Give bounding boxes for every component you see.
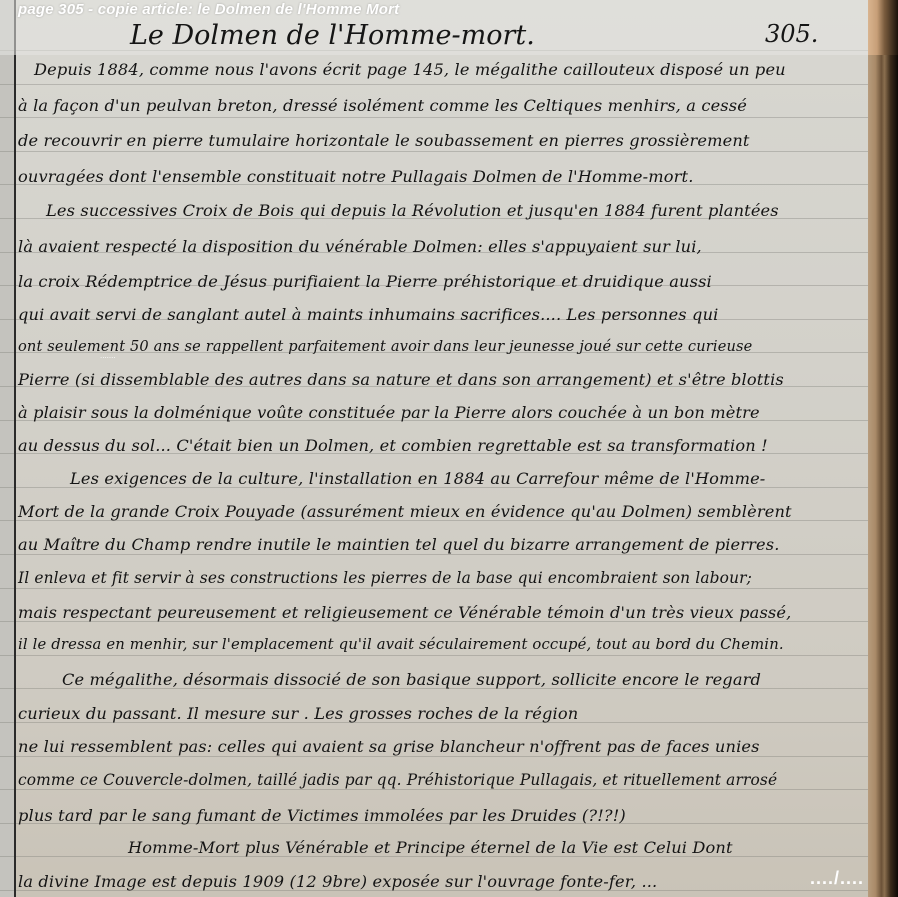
text-line: Les successives Croix de Bois qui depuis… [46, 201, 868, 220]
text-line: Ce mégalithe, désormais dissocié de son … [62, 670, 868, 689]
ruled-line [0, 117, 868, 118]
book-binding-top [868, 0, 898, 55]
ruled-line [0, 151, 868, 152]
page-title: Le Dolmen de l'Homme-mort. [130, 20, 535, 51]
text-line: de recouvrir en pierre tumulaire horizon… [18, 131, 863, 150]
text-line: qui avait servi de sanglant autel à main… [18, 305, 863, 324]
text-line: plus tard par le sang fumant de Victimes… [18, 806, 863, 825]
text-line: ne lui ressemblent pas: celles qui avaie… [18, 737, 863, 756]
page-left-edge [0, 0, 14, 897]
book-binding-edge [868, 0, 898, 897]
text-line: curieux du passant. Il mesure sur . Les … [18, 704, 863, 723]
ruled-line [0, 789, 868, 790]
text-line: Homme-Mort plus Vénérable et Principe ét… [128, 838, 863, 857]
text-line: ont seulement 50 ans se rappellent parfa… [18, 338, 863, 355]
text-line: la divine Image est depuis 1909 (12 9bre… [18, 872, 863, 891]
text-line: il le dressa en menhir, sur l'emplacemen… [18, 636, 863, 653]
text-line: Pierre (si dissemblable des autres dans … [18, 370, 863, 389]
text-line: Mort de la grande Croix Pouyade (assurém… [18, 502, 863, 521]
page-number: 305. [765, 20, 818, 48]
text-line: Depuis 1884, comme nous l'avons écrit pa… [34, 60, 868, 79]
ruled-line [0, 655, 868, 656]
text-line: au dessus du sol... C'était bien un Dolm… [18, 436, 863, 455]
text-line: la croix Rédemptrice de Jésus purifiaien… [18, 272, 863, 291]
margin-line [14, 0, 16, 897]
text-line: à plaisir sous la dolménique voûte const… [18, 403, 863, 422]
text-line: Les exigences de la culture, l'installat… [70, 469, 860, 488]
image-caption: page 305 - copie article: le Dolmen de l… [18, 1, 399, 18]
text-line: Il enleva et fit servir à ses constructi… [18, 569, 863, 587]
text-line: au Maître du Champ rendre inutile le mai… [18, 535, 863, 554]
text-line: comme ce Couvercle-dolmen, taillé jadis … [18, 771, 863, 789]
ruled-line [0, 554, 868, 555]
notebook-page: page 305 - copie article: le Dolmen de l… [0, 0, 868, 897]
ruled-line [0, 84, 868, 85]
text-line: ouvragées dont l'ensemble constituait no… [18, 167, 863, 186]
annotation-dots: ....... [100, 351, 116, 360]
text-line: à la façon d'un peulvan breton, dressé i… [18, 96, 863, 115]
text-line: là avaient respecté la disposition du vé… [18, 237, 863, 256]
ruled-line [0, 588, 868, 589]
ruled-line [0, 756, 868, 757]
text-line: mais respectant peureusement et religieu… [18, 603, 863, 622]
continuation-mark: ..../.... [810, 868, 864, 889]
